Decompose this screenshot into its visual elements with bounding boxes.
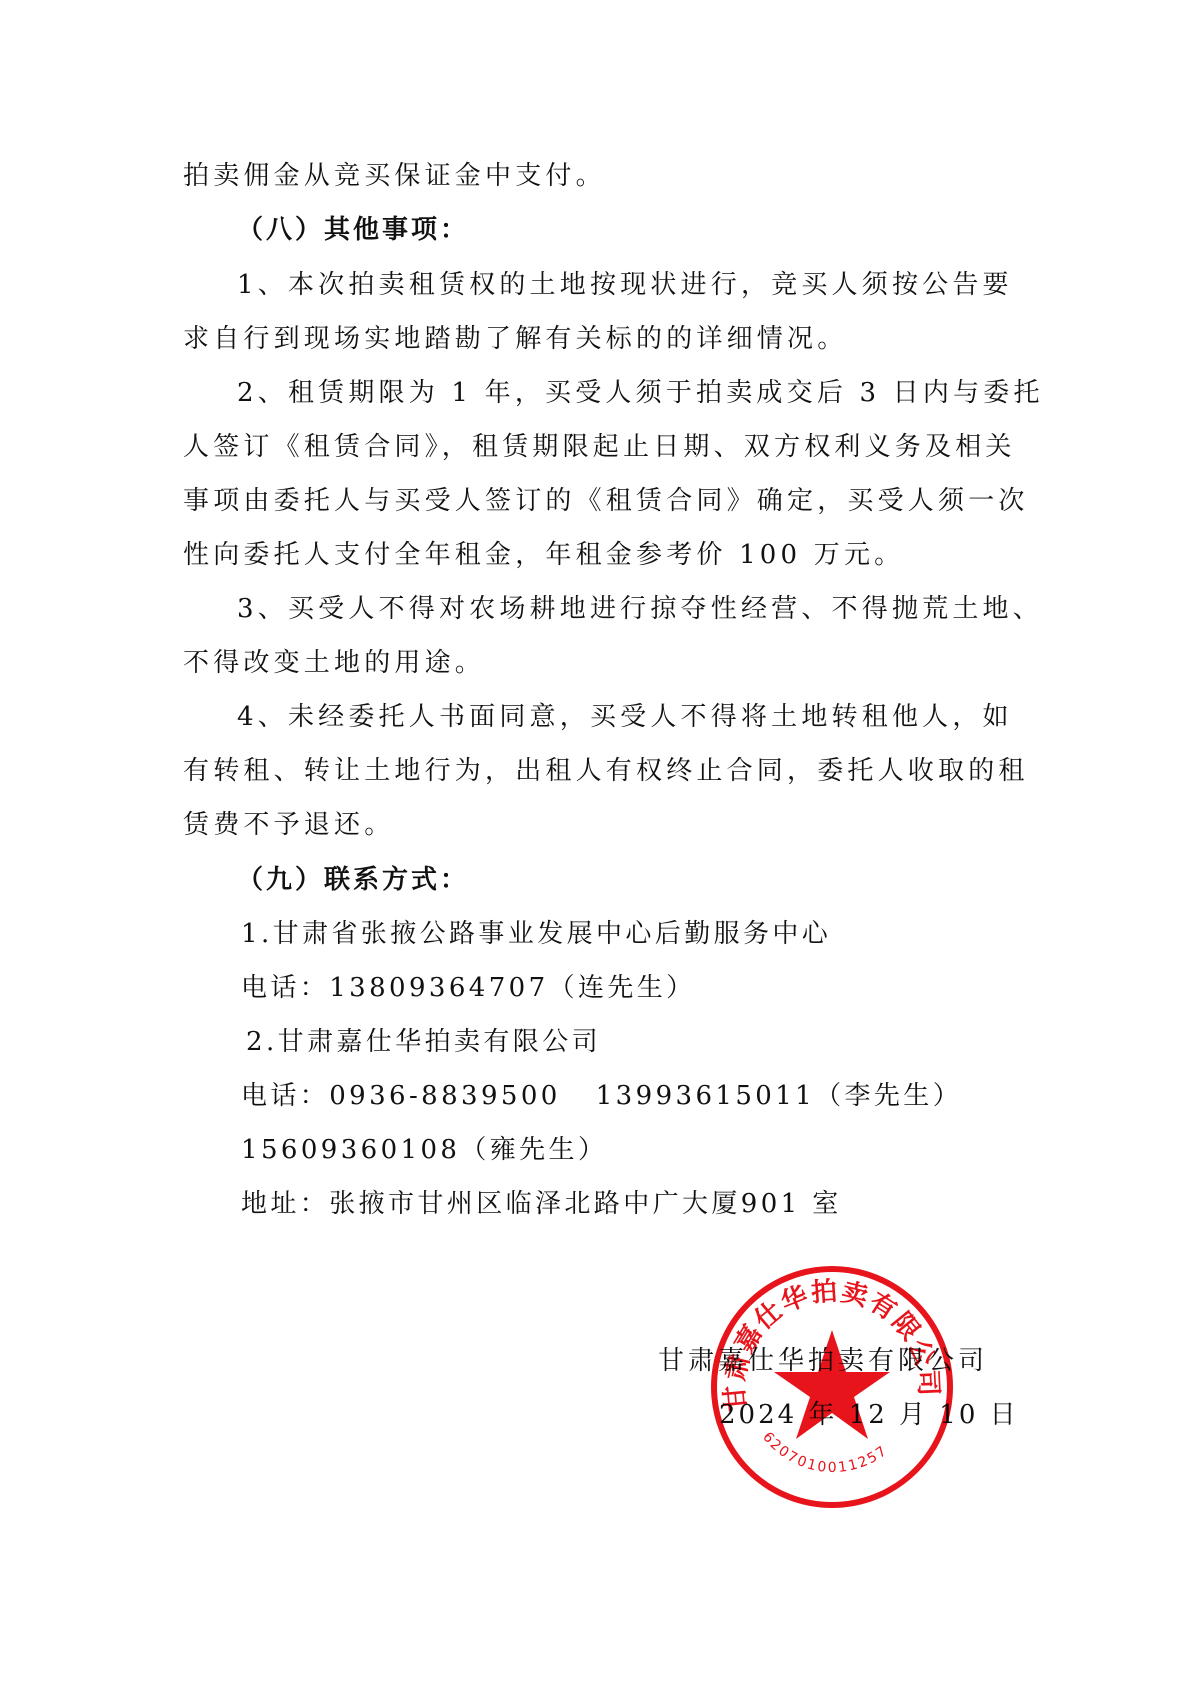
section-heading-contact: （九）联系方式： <box>237 853 1067 907</box>
contact-org2-phone: 电话：0936-8839500 13993615011（李先生） <box>241 1069 1071 1123</box>
paragraph-line: 有转租、转让土地行为，出租人有权终止合同，委托人收取的租 <box>183 744 1013 798</box>
paragraph-line: 人签订《租赁合同》，租赁期限起止日期、双方权利义务及相关 <box>183 420 1013 474</box>
signature-date: 2024 年 12 月 10 日 <box>719 1388 1019 1442</box>
paragraph-line: 3、买受人不得对农场耕地进行掠夺性经营、不得抛荒土地、 <box>237 582 1067 636</box>
paragraph-line: 4、未经委托人书面同意，买受人不得将土地转租他人，如 <box>237 690 1067 744</box>
paragraph-line: 性向委托人支付全年租金，年租金参考价 100 万元。 <box>183 528 1013 582</box>
paragraph-line: 1、本次拍卖租赁权的土地按现状进行，竞买人须按公告要 <box>237 258 1067 312</box>
paragraph-line: 2、租赁期限为 1 年，买受人须于拍卖成交后 3 日内与委托 <box>237 366 1067 420</box>
paragraph-line: 赁费不予退还。 <box>183 798 1013 852</box>
paragraph-line: 求自行到现场实地踏勘了解有关标的的详细情况。 <box>183 312 1013 366</box>
contact-org2-phone-extra: 15609360108（雍先生） <box>241 1123 1071 1177</box>
document-page: 拍卖佣金从竞买保证金中支付。 （八）其他事项： 1、本次拍卖租赁权的土地按现状进… <box>0 0 1191 1684</box>
contact-org2-name: 2.甘肃嘉仕华拍卖有限公司 <box>246 1015 1076 1069</box>
paragraph-line: 不得改变土地的用途。 <box>183 636 1013 690</box>
contact-address: 地址：张掖市甘州区临泽北路中广大厦901 室 <box>241 1177 1071 1231</box>
contact-org1-phone: 电话：13809364707（连先生） <box>241 961 1071 1015</box>
contact-org1-name: 1.甘肃省张掖公路事业发展中心后勤服务中心 <box>241 907 1071 961</box>
section-heading-other-matters: （八）其他事项： <box>237 203 1067 257</box>
paragraph-line: 拍卖佣金从竞买保证金中支付。 <box>183 149 1013 203</box>
paragraph-line: 事项由委托人与买受人签订的《租赁合同》确定，买受人须一次 <box>183 474 1013 528</box>
signature-company: 甘肃嘉仕华拍卖有限公司 <box>658 1334 988 1388</box>
